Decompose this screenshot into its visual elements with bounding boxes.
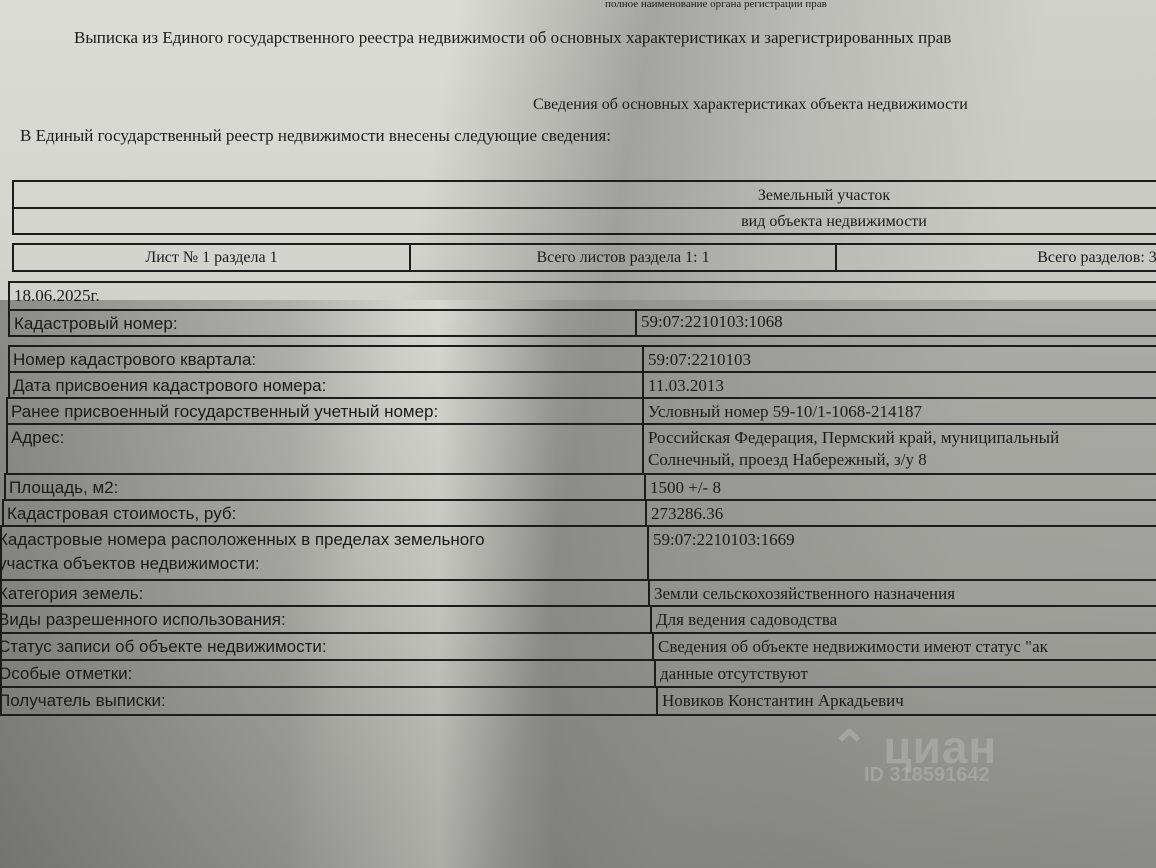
row-value: 59:07:2210103:1669	[653, 529, 795, 551]
row-label: Виды разрешенного использования:	[0, 609, 286, 631]
table-row: Статус записи об объекте недвижимости:Св…	[0, 632, 1156, 659]
object-type-box: Земельный участок вид объекта недвижимос…	[12, 180, 1156, 235]
document-subtitle: Сведения об основных характеристиках объ…	[533, 96, 968, 114]
table-row: Особые отметки:данные отсутствуют	[0, 659, 1156, 686]
cadastral-number-value: 59:07:2210103:1068	[641, 312, 783, 332]
row-value: Российская Федерация, Пермский край, мун…	[648, 427, 1059, 449]
cian-watermark: ⌃ циан ID 318591642	[830, 720, 997, 774]
listing-id: ID 318591642	[864, 764, 990, 787]
cadastral-box: 18.06.2025г. Кадастровый номер: 59:07:22…	[8, 281, 1156, 337]
authority-caption: полное наименование органа регистрации п…	[605, 0, 827, 10]
sheet-info-box: Лист № 1 раздела 1 Всего листов раздела …	[12, 243, 1156, 272]
divider	[642, 425, 644, 473]
divider	[654, 661, 656, 686]
row-value: 11.03.2013	[648, 375, 724, 397]
table-row: Кадастровые номера расположенных в преде…	[0, 525, 1156, 579]
row-value: Сведения об объекте недвижимости имеют с…	[658, 636, 1048, 658]
extract-date: 18.06.2025г.	[14, 286, 100, 306]
row-label: Статус записи об объекте недвижимости:	[0, 636, 327, 658]
divider	[645, 501, 647, 525]
row-value: Новиков Константин Аркадьевич	[662, 690, 904, 712]
cadastral-number-label: Кадастровый номер:	[14, 314, 178, 334]
table-row: Виды разрешенного использования:Для веде…	[0, 605, 1156, 632]
row-label-line2: участка объектов недвижимости:	[0, 553, 260, 575]
table-row: Номер кадастрового квартала:59:07:221010…	[8, 345, 1156, 371]
divider	[652, 634, 654, 659]
divider	[642, 347, 644, 371]
object-type-caption: вид объекта недвижимости	[14, 213, 1156, 231]
row-label: Кадастровые номера расположенных в преде…	[0, 529, 485, 551]
row-label: Ранее присвоенный государственный учетны…	[11, 401, 438, 423]
row-value-line2: Солнечный, проезд Набережный, з/у 8	[648, 449, 927, 471]
row-label: Особые отметки:	[0, 663, 132, 685]
divider	[642, 373, 644, 397]
table-row: Кадастровая стоимость, руб:273286.36	[2, 499, 1156, 525]
table-row: Категория земель:Земли сельскохозяйствен…	[0, 579, 1156, 605]
divider	[10, 309, 1156, 311]
row-label: Категория земель:	[0, 583, 143, 605]
divider	[642, 399, 644, 423]
divider	[647, 527, 649, 579]
table-row: Получатель выписки:Новиков Константин Ар…	[0, 686, 1156, 714]
table-row: Дата присвоения кадастрового номера:11.0…	[8, 371, 1156, 397]
divider	[644, 475, 646, 499]
table-row: Площадь, м2:1500 +/- 8	[4, 473, 1156, 499]
object-type-value: Земельный участок	[14, 187, 1156, 205]
row-value: Для ведения садоводства	[656, 609, 837, 631]
document-title: Выписка из Единого государственного реес…	[74, 28, 951, 48]
row-label: Кадастровая стоимость, руб:	[7, 503, 236, 525]
table-row: Ранее присвоенный государственный учетны…	[6, 397, 1156, 423]
row-label: Дата присвоения кадастрового номера:	[13, 375, 326, 397]
row-label: Получатель выписки:	[0, 690, 166, 712]
row-value: 273286.36	[651, 503, 723, 525]
row-label: Номер кадастрового квартала:	[13, 349, 256, 371]
table-row: Адрес:Российская Федерация, Пермский кра…	[6, 423, 1156, 473]
row-value: 59:07:2210103	[648, 349, 751, 371]
divider	[656, 688, 658, 714]
row-value: Земли сельскохозяйственного назначения	[654, 583, 955, 605]
table-bottom-border	[0, 714, 1156, 716]
row-label: Площадь, м2:	[9, 477, 118, 499]
divider	[650, 607, 652, 632]
total-sheets: Всего листов раздела 1: 1	[411, 249, 835, 267]
divider	[648, 581, 650, 605]
row-value: Условный номер 59-10/1-1068-214187	[648, 401, 922, 423]
row-value: 1500 +/- 8	[650, 477, 721, 499]
row-value: данные отсутствуют	[660, 663, 808, 685]
sheet-number: Лист № 1 раздела 1	[14, 249, 409, 267]
divider	[635, 309, 637, 335]
total-sections: Всего разделов: 3	[837, 249, 1156, 267]
intro-text: В Единый государственный реестр недвижим…	[20, 126, 611, 146]
divider	[14, 207, 1156, 209]
row-label: Адрес:	[11, 427, 64, 449]
